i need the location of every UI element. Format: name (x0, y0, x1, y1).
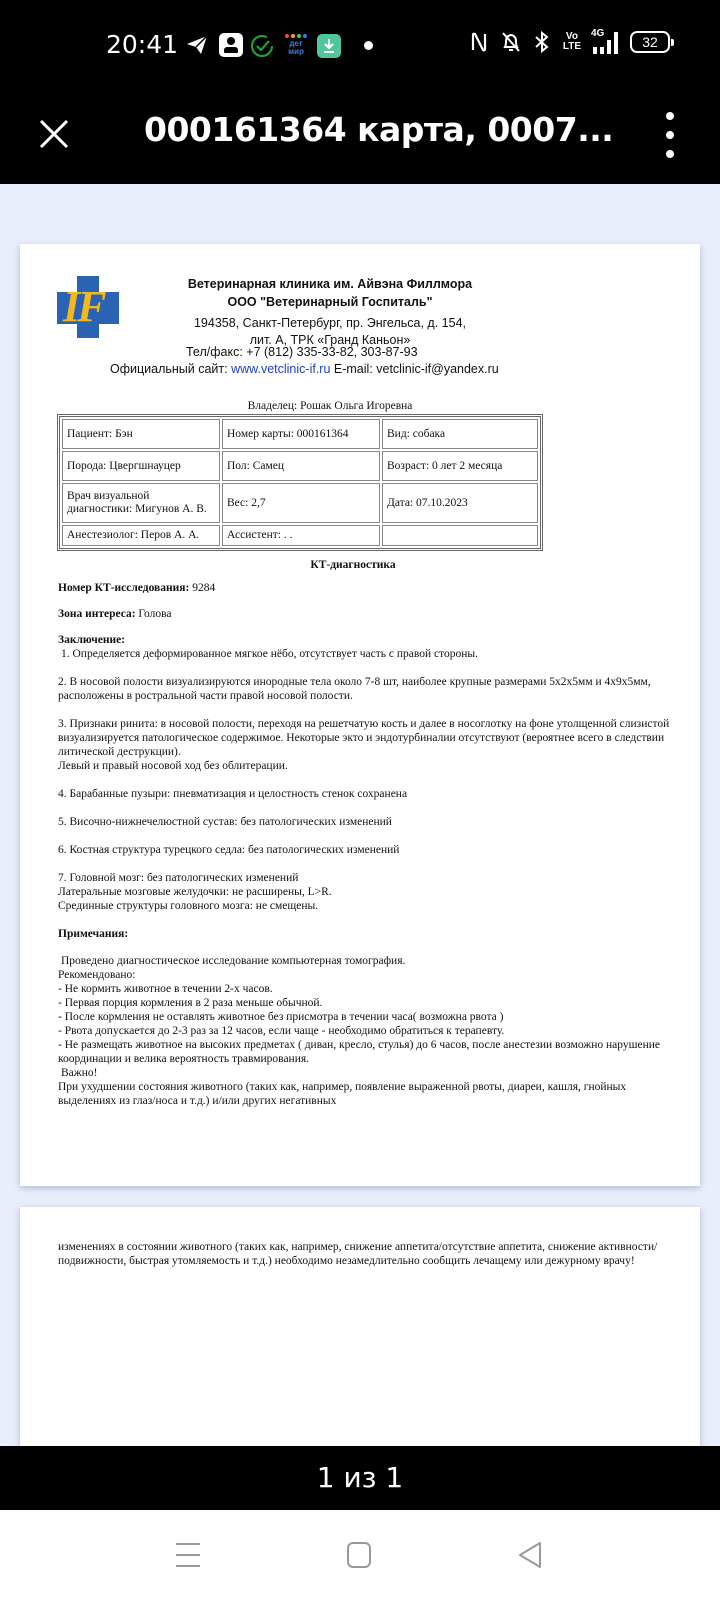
card-number: Номер карты: 000161364 (222, 419, 380, 449)
clinic-phone: Тел/факс: +7 (812) 335-33-82, 303-87-93 (186, 345, 418, 359)
menu-icon (173, 1540, 203, 1570)
close-button[interactable] (34, 114, 74, 154)
contact-card-icon (219, 33, 243, 57)
status-bar: 20:41 дет мир Vo LTE 4G (0, 0, 720, 92)
important-text: При ухудшении состояния животного (таких… (58, 1080, 678, 1108)
recommendation-item: - Рвота допускается до 2-3 раз за 12 час… (58, 1024, 678, 1038)
recommendation-item: - Первая порция кормления в 2 раза меньш… (58, 996, 678, 1010)
navigation-bar (0, 1510, 720, 1600)
conclusion-item: 4. Барабанные пузыри: пневматизация и це… (58, 787, 678, 801)
patient-name: Пациент: Бэн (62, 419, 220, 449)
more-notifications-dot (364, 41, 373, 50)
conclusion-item: 7. Головной мозг: без патологических изм… (58, 871, 678, 913)
patient-info-table: Пациент: Бэн Номер карты: 000161364 Вид:… (57, 414, 543, 551)
empty-cell (382, 525, 538, 546)
report-title: КТ-диагностика (58, 558, 678, 572)
telegram-icon (185, 34, 209, 56)
conclusion-item: 6. Костная структура турецкого седла: бе… (58, 843, 678, 857)
status-time: 20:41 (106, 30, 178, 59)
study-number: Номер КТ-исследования: 9284 (58, 581, 678, 595)
clinic-address-line1: 194358, Санкт-Петербург, пр. Энгельса, д… (20, 316, 640, 330)
bluetooth-icon (533, 30, 551, 54)
app-bar: 000161364 карта, 0007... (0, 92, 720, 184)
recommended-label: Рекомендовано: (58, 968, 678, 982)
detmir-app-icon: дет мир (285, 31, 307, 59)
clinic-contacts: Официальный сайт: www.vetclinic-if.ru E-… (110, 362, 499, 376)
conclusion-item: 2. В носовой полости визуализируются ино… (58, 675, 678, 703)
volte-icon: Vo LTE (563, 32, 581, 52)
page-counter: 1 из 1 (0, 1446, 720, 1510)
download-icon (317, 34, 341, 58)
conclusion-list: 1. Определяется деформированное мягкое н… (58, 647, 678, 913)
recent-apps-button[interactable] (173, 1540, 203, 1570)
table-row: Врач визуальной диагностики: Мигунов А. … (62, 483, 538, 523)
website-link[interactable]: www.vetclinic-if.ru (231, 362, 330, 376)
notes-intro: Проведено диагностическое исследование к… (58, 954, 678, 968)
nfc-icon (469, 30, 489, 54)
important-text-continued: изменениях в состоянии животного (таких … (58, 1240, 678, 1268)
notes: Проведено диагностическое исследование к… (58, 954, 678, 1108)
recommendations-list: - Не кормить животное в течении 2-х часо… (58, 982, 678, 1066)
document-page-2: изменениях в состоянии животного (таких … (20, 1207, 700, 1446)
notes-title: Примечания: (58, 927, 678, 941)
more-vertical-icon (666, 112, 674, 120)
important-label: Важно! (58, 1066, 678, 1080)
table-row: Порода: Цвергшнауцер Пол: Самец Возраст:… (62, 451, 538, 481)
recommendation-item: - Не размещать животное на высоких предм… (58, 1038, 678, 1066)
company-name: ООО "Ветеринарный Госпиталь" (20, 295, 640, 309)
assistant: Ассистент: . . (222, 525, 380, 546)
date: Дата: 07.10.2023 (382, 483, 538, 523)
owner-name: Владелец: Рошак Ольга Игоревна (20, 400, 640, 412)
sber-check-icon (250, 34, 274, 58)
document-page-1: IF Ветеринарная клиника им. Айвэна Филлм… (20, 244, 700, 1186)
clinic-email: E-mail: vetclinic-if@yandex.ru (330, 362, 498, 376)
sex: Пол: Самец (222, 451, 380, 481)
recommendation-item: - Не кормить животное в течении 2-х часо… (58, 982, 678, 996)
age: Возраст: 0 лет 2 месяца (382, 451, 538, 481)
zone-of-interest: Зона интереса: Голова (58, 607, 678, 621)
clinic-name: Ветеринарная клиника им. Айвэна Филлмора (20, 277, 640, 291)
home-square-icon (344, 1540, 374, 1570)
species: Вид: собака (382, 419, 538, 449)
close-icon (38, 118, 70, 150)
report-body: КТ-диагностика Номер КТ-исследования: 92… (58, 558, 678, 1108)
4g-signal-icon: 4G (593, 30, 618, 54)
breed: Порода: Цвергшнауцер (62, 451, 220, 481)
home-button[interactable] (344, 1540, 374, 1570)
document-viewer[interactable]: IF Ветеринарная клиника им. Айвэна Филлм… (0, 184, 720, 1446)
more-options-button[interactable] (660, 112, 680, 158)
weight: Вес: 2,7 (222, 483, 380, 523)
bell-off-icon (501, 30, 521, 54)
back-triangle-icon (516, 1540, 546, 1570)
recommendation-item: - После кормления не оставлять животное … (58, 1010, 678, 1024)
anesthesiologist: Анестезиолог: Перов А. А. (62, 525, 220, 546)
conclusion-item: 5. Височно-нижнечелюстной сустав: без па… (58, 815, 678, 829)
document-title: 000161364 карта, 0007... (144, 110, 613, 149)
system-status-icons: Vo LTE 4G 32 (469, 30, 670, 54)
back-button[interactable] (516, 1540, 546, 1570)
table-row: Анестезиолог: Перов А. А. Ассистент: . . (62, 525, 538, 546)
conclusion-item: 1. Определяется деформированное мягкое н… (58, 647, 678, 661)
table-row: Пациент: Бэн Номер карты: 000161364 Вид:… (62, 419, 538, 449)
conclusion-title: Заключение: (58, 633, 678, 647)
diagnostic-doctor: Врач визуальной диагностики: Мигунов А. … (62, 483, 220, 523)
battery-icon: 32 (630, 31, 670, 53)
conclusion-item: 3. Признаки ринита: в носовой полости, п… (58, 717, 678, 773)
